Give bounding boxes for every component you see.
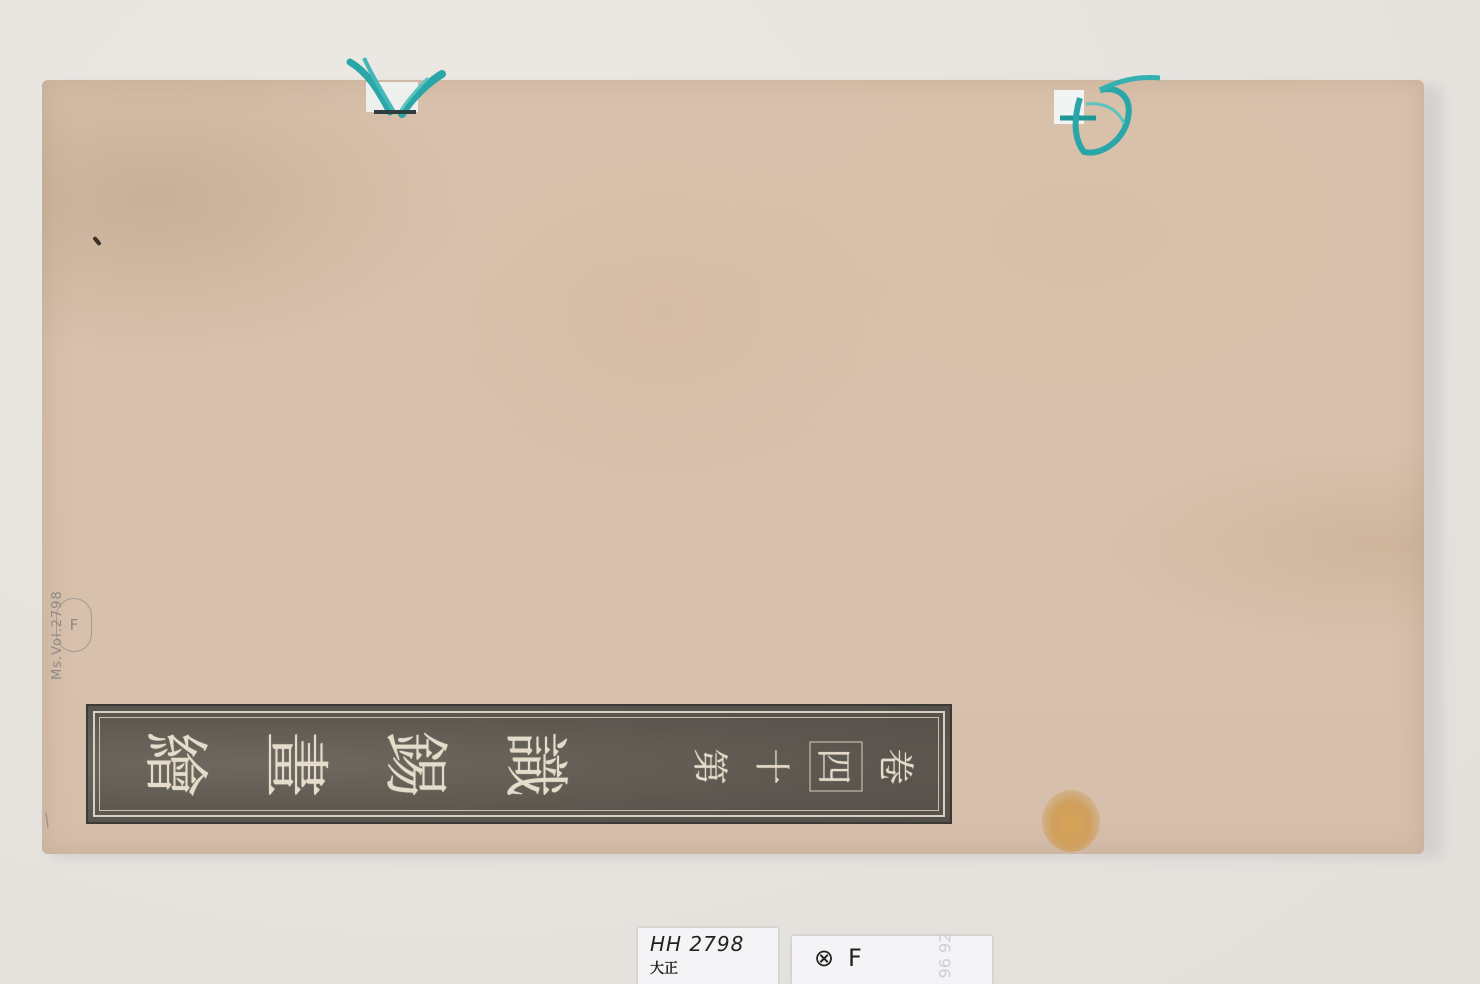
stain xyxy=(1042,790,1100,852)
binding-thread-left xyxy=(330,54,460,124)
catalog-sub: 大正 xyxy=(650,958,678,978)
catalog-letter: F xyxy=(848,944,862,972)
pencil-vertical-note: Ms.Vol.2798 xyxy=(50,590,65,680)
catalog-label-code: HH 2798 大正 xyxy=(638,928,778,984)
slip-volume: 第 十 四 卷 xyxy=(688,736,922,796)
catalog-code: HH 2798 xyxy=(650,932,744,956)
title-glyph: 繪 xyxy=(134,721,229,807)
title-glyph: 畫 xyxy=(254,721,349,807)
catalog-faint-text: 96 92 xyxy=(935,933,954,979)
volume-glyph: 卷 xyxy=(873,742,924,790)
title-glyph: 識 xyxy=(494,721,589,807)
slip-title: 繪 畫 錫 識 xyxy=(138,724,584,804)
volume-glyph: 四 xyxy=(811,742,862,790)
title-slip: 繪 畫 錫 識 第 十 四 卷 xyxy=(86,704,952,824)
title-glyph: 錫 xyxy=(374,721,469,807)
volume-glyph: 十 xyxy=(749,742,800,790)
circled-mark-text: F xyxy=(70,616,79,634)
volume-glyph: 第 xyxy=(687,742,738,790)
binding-thread-right xyxy=(1040,68,1170,158)
catalog-mark: ⊗ xyxy=(814,944,834,972)
catalog-label-letter: ⊗ F 96 92 xyxy=(792,936,992,984)
